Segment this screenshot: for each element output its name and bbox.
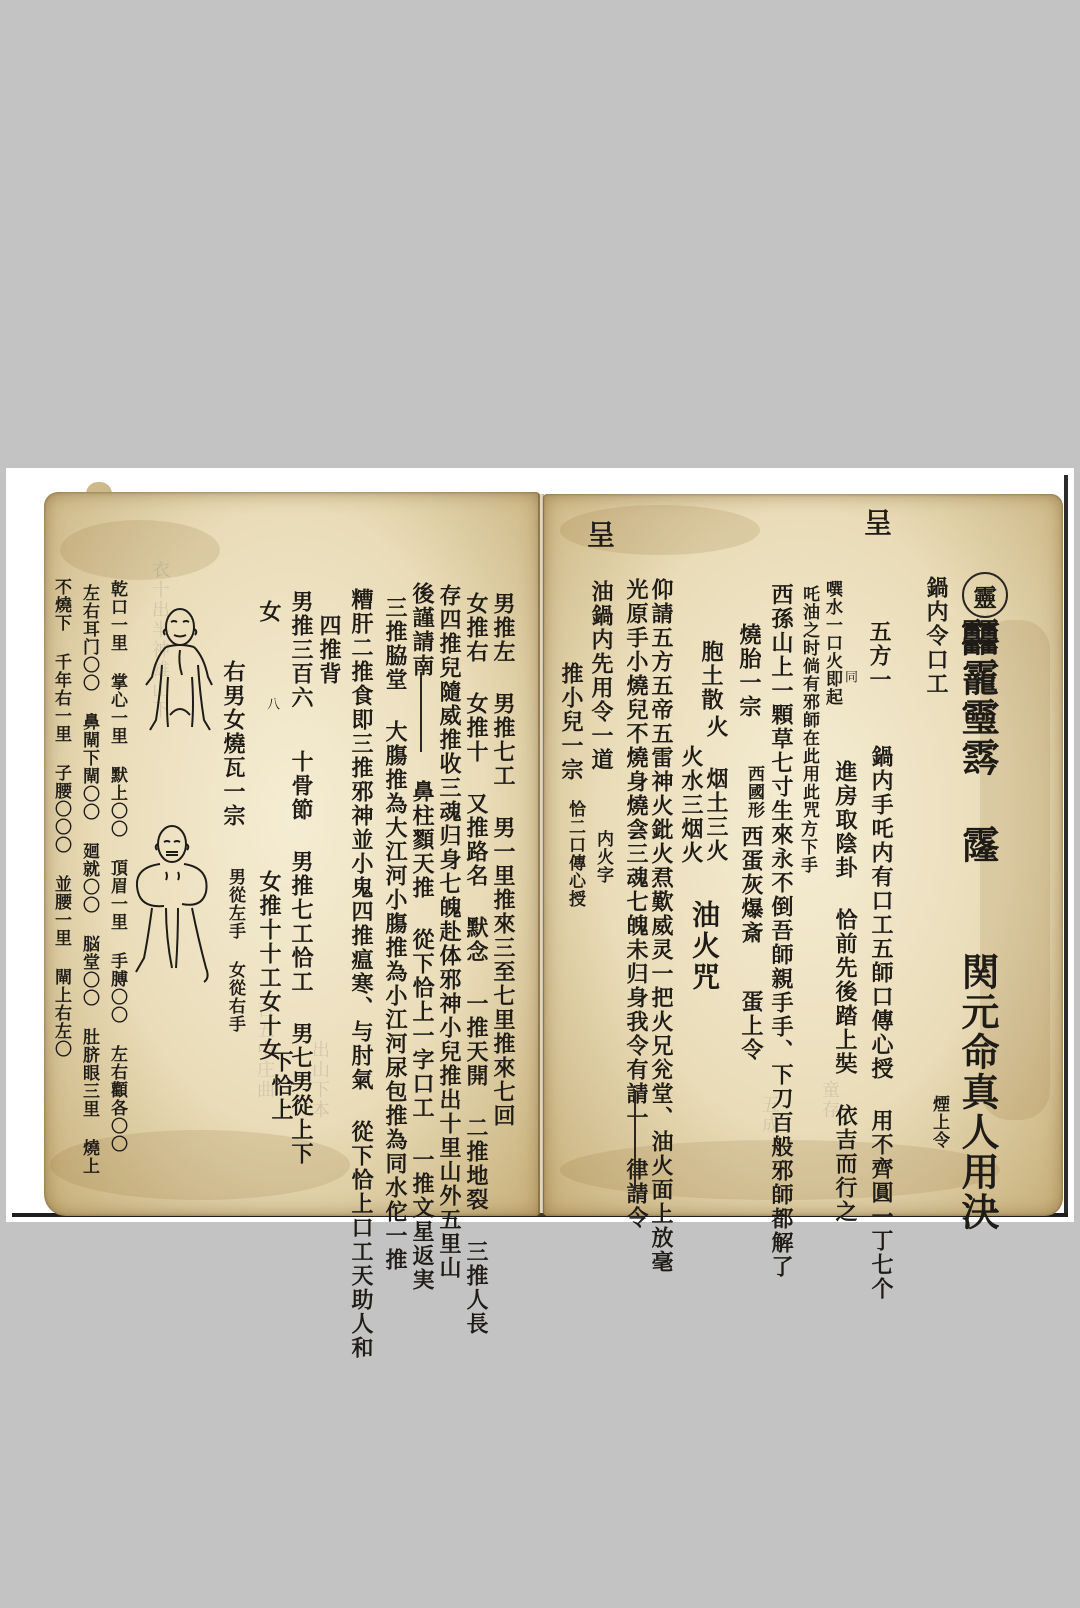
- text-column: 四推背: [318, 614, 340, 686]
- text-column: 不燒下 千年右一里 子腰〇〇〇 並腰一里 閘上右左〇: [52, 578, 69, 1058]
- text-column: 𩃎: [690, 566, 728, 606]
- text-column: 火 烟土三火: [705, 715, 727, 863]
- text-column: 火水三烟火: [680, 745, 702, 865]
- text-column: 五方一: [868, 620, 890, 692]
- text-column: 光原手小燒兒不燒身燒侌三魂七魄未归身我令有請一 律請令: [625, 578, 647, 1230]
- text-column: 右男女燒瓦一宗: [222, 660, 244, 828]
- paper-stain: [60, 520, 220, 580]
- text-column: 八: [265, 697, 278, 711]
- human-figure-front-icon: [140, 605, 220, 755]
- text-column: 胞土散: [700, 640, 722, 712]
- text-column: 西蛋灰爆斎: [740, 825, 762, 945]
- text-column: 𩃐炎: [922, 700, 950, 762]
- text-column: 乾口一里 掌心一里 默上〇〇 頂眉一里 手膊〇〇 左右顴各〇〇: [108, 580, 125, 1153]
- text-column: 男推左 男推七工 男一里推來三至七里推來七回: [492, 592, 514, 1128]
- text-column: 𩅗𩆂𩆇𩅰𩄻: [915, 770, 953, 970]
- text-column: 鼻柱顟天推 從下恰上一字口工 一推文星返実: [411, 780, 433, 1292]
- text-column: 油鍋内先用令一道: [590, 580, 612, 772]
- seal-char: 靈: [973, 578, 997, 613]
- manuscript-spread: 衣十出半神雄山下 吉五中庄曲 出山下本 童存 五成 靈 䨻靇𩆜𩃬 霳𩆶 関元命真…: [0, 0, 1080, 1608]
- text-column: 推小兒一宗: [560, 662, 582, 782]
- text-column: 方下手: [798, 820, 815, 874]
- text-column: 蛋上令: [740, 990, 762, 1062]
- human-figure-back-icon: [132, 822, 232, 1002]
- text-column: 西孫山上一顆草七寸生來永不倒吾師親手手、下刀百般邪師都解了: [770, 583, 792, 1279]
- text-column: 煙上令: [930, 1095, 947, 1149]
- text-column: 内火字: [594, 830, 611, 884]
- column-rule: [634, 1090, 636, 1190]
- text-column: 鍋内手吒内有口工五師口傳心授 用不齊圓一丁七个: [870, 745, 892, 1301]
- text-column: 𩆖: [858, 570, 896, 610]
- text-column: 下恰上: [270, 1050, 292, 1122]
- text-column: 仰請五方五帝五雷神火鈚火焄歎威灵一把火兄兊堂、油火面上放毫: [650, 578, 672, 1274]
- text-column: 左右耳门〇〇 鼻閘下閘〇〇 廻就〇〇 脳堂〇〇 肚脐眼三里 燒上: [80, 584, 97, 1175]
- text-column: 三推脇堂: [384, 596, 406, 692]
- text-column: 存四推兒隨威推收三魂归身七魄赴体邪神小兒推出十里山外五里山: [438, 584, 460, 1280]
- text-column: 恰二口傳心授: [566, 800, 583, 908]
- text-column: 噀水一口火即起: [823, 580, 840, 706]
- text-column: 男推三百六: [290, 590, 312, 710]
- text-column: 進房取陰卦 恰前先後踏上奘 依吉而行之: [834, 760, 856, 1224]
- book-gutter: [538, 494, 544, 1216]
- text-column: 䨻靇𩆜𩃬 霳𩆶 関元命真人用決: [958, 618, 996, 1232]
- text-column: 西國形: [745, 765, 762, 819]
- text-column: 糟肝二推食即三推邪神並小鬼四推瘟寒、与肘氣 從下恰上口工天助人和: [350, 588, 372, 1360]
- text-column: 女推右 女推十 又推路名 默念 一推天開 二推地裂 三推人長: [465, 592, 487, 1336]
- seal-character: 靈: [962, 572, 1008, 618]
- text-column: 𩃓: [858, 690, 896, 730]
- text-column: 燒胎一宗: [738, 623, 760, 719]
- side-note: 同: [843, 670, 856, 684]
- chapter-mark: 呈: [862, 508, 890, 539]
- text-column: 大膓推為大江河小膓推為小江河尿包推為同水佗一推: [384, 720, 406, 1272]
- text-column: 女推十十工女十女: [258, 870, 280, 1062]
- text-column: 𩆞: [590, 780, 628, 820]
- text-column: 後謹請南: [411, 582, 433, 678]
- text-column: 鍋内令口工: [925, 576, 947, 696]
- text-column: 吒油之时倘有邪師在此用此咒: [800, 585, 817, 819]
- chapter-mark: 呈: [585, 520, 613, 551]
- text-column: 女: [258, 600, 280, 624]
- section-title: 油火咒: [690, 900, 718, 993]
- column-rule: [420, 672, 422, 752]
